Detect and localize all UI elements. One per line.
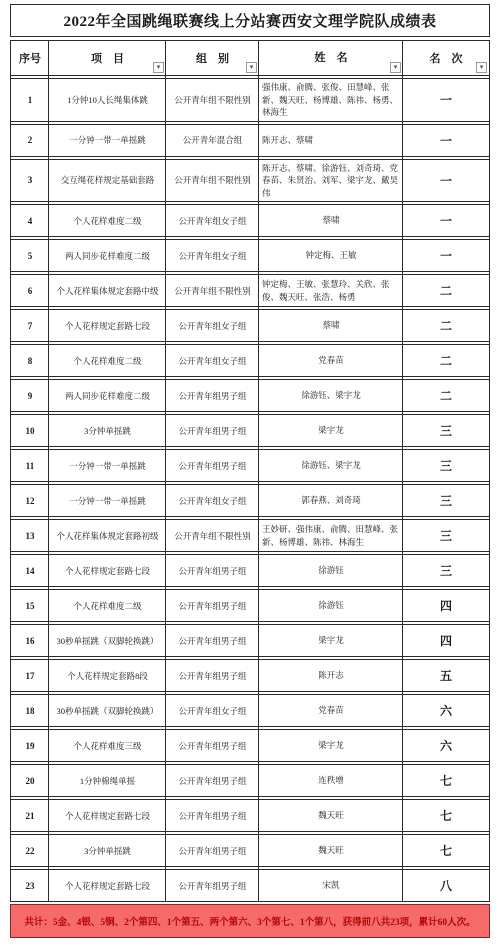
group-name: 公开青年组男子组 xyxy=(166,738,259,754)
column-label: 组 别 xyxy=(196,50,229,66)
rank-value: 二 xyxy=(403,315,489,336)
table-row: 16 30秒单摇跳（双脚轮换跳） 公开青年组男子组 梁宇龙 四 xyxy=(11,624,489,657)
column-label: 序号 xyxy=(19,50,41,66)
filter-dropdown-icon: ▾ xyxy=(394,63,398,72)
group-name: 公开青年组男子组 xyxy=(166,843,259,859)
event-name: 1分钟棉绳单摇 xyxy=(49,773,166,789)
event-name: 一分钟一带一单摇跳 xyxy=(49,458,166,474)
rank-value: 一 xyxy=(403,130,489,151)
rank-value: 三 xyxy=(403,455,489,476)
athlete-names: 钟定梅、王敏、张慧玲、关欣、张俊、魏天旺、张浩、杨勇 xyxy=(259,276,403,305)
athlete-names: 蔡啸 xyxy=(259,317,403,334)
column-divider xyxy=(165,40,166,902)
results-table: 序号 项 目 ▾ 组 别 ▾ 姓 名 ▾ 名 次 ▾ 1 1分钟10人长绳集体跳… xyxy=(10,40,490,902)
filter-dropdown-icon: ▾ xyxy=(250,63,254,72)
event-name: 个人花样规定套路七段 xyxy=(49,808,166,824)
column-divider xyxy=(258,40,259,902)
row-number: 17 xyxy=(11,669,49,683)
row-number: 6 xyxy=(11,284,49,298)
rank-value: 一 xyxy=(403,210,489,231)
group-name: 公开青年组男子组 xyxy=(166,878,259,894)
row-number: 2 xyxy=(11,133,49,147)
row-number: 10 xyxy=(11,424,49,438)
event-name: 个人花样集体规定套路中级 xyxy=(49,283,166,299)
rank-value: 八 xyxy=(403,875,489,896)
header-cell: 名 次 ▾ xyxy=(403,41,489,75)
rank-value: 三 xyxy=(403,525,489,546)
row-number: 20 xyxy=(11,774,49,788)
group-name: 公开青年组女子组 xyxy=(166,248,259,264)
row-number: 14 xyxy=(11,564,49,578)
event-name: 个人花样集体规定套路初级 xyxy=(49,528,166,544)
rank-value: 四 xyxy=(403,595,489,616)
table-row: 19 个人花样难度三级 公开青年组男子组 梁宇龙 六 xyxy=(11,729,489,762)
group-name: 公开青年组女子组 xyxy=(166,213,259,229)
table-row: 8 个人花样难度二级 公开青年组女子组 党春苗 二 xyxy=(11,344,489,377)
group-name: 公开青年组男子组 xyxy=(166,598,259,614)
group-name: 公开青年组不限性别 xyxy=(166,283,259,299)
group-name: 公开青年组女子组 xyxy=(166,703,259,719)
athlete-names: 连秩增 xyxy=(259,772,403,789)
summary-banner: 共计：5金、4银、5铜、2个第四、1个第五、两个第六、3个第七、1个第八，获得前… xyxy=(10,904,490,938)
group-name: 公开青年组不限性别 xyxy=(166,92,259,108)
filter-button[interactable]: ▾ xyxy=(390,62,401,73)
filter-button[interactable]: ▾ xyxy=(153,62,164,73)
summary-text: 共计：5金、4银、5铜、2个第四、1个第五、两个第六、3个第七、1个第八，获得前… xyxy=(24,914,475,928)
row-number: 7 xyxy=(11,319,49,333)
group-name: 公开青年组男子组 xyxy=(166,563,259,579)
event-name: 个人花样规定套路8段 xyxy=(49,668,166,684)
row-number: 8 xyxy=(11,354,49,368)
row-number: 13 xyxy=(11,529,49,543)
athlete-names: 魏天旺 xyxy=(259,842,403,859)
column-divider xyxy=(402,40,403,902)
rank-value: 五 xyxy=(403,665,489,686)
athlete-names: 强伟康、俞腾、张俊、田慧峰、张新、魏天旺、杨博雄、陈祎、杨勇、林海生 xyxy=(259,79,403,121)
table-row: 2 一分钟一带一单摇跳 公开青年混合组 陈开志、蔡啸 一 xyxy=(11,124,489,157)
event-name: 3分钟单摇跳 xyxy=(49,843,166,859)
athlete-names: 徐游钰 xyxy=(259,562,403,579)
group-name: 公开青年组女子组 xyxy=(166,493,259,509)
event-name: 个人花样规定套路七段 xyxy=(49,878,166,894)
rank-value: 七 xyxy=(403,770,489,791)
group-name: 公开青年组男子组 xyxy=(166,773,259,789)
event-name: 个人花样难度二级 xyxy=(49,598,166,614)
row-number: 22 xyxy=(11,844,49,858)
athlete-names: 徐游钰、梁宇龙 xyxy=(259,457,403,474)
athlete-names: 钟定梅、王敏 xyxy=(259,247,403,264)
event-name: 两人同步花样难度二级 xyxy=(49,248,166,264)
table-row: 5 两人同步花样难度二级 公开青年组女子组 钟定梅、王敏 一 xyxy=(11,239,489,272)
group-name: 公开青年组男子组 xyxy=(166,458,259,474)
event-name: 1分钟10人长绳集体跳 xyxy=(49,92,166,108)
filter-button[interactable]: ▾ xyxy=(246,62,257,73)
page-title: 2022年全国跳绳联赛线上分站赛西安文理学院队成绩表 xyxy=(10,4,490,37)
table-row: 9 两人同步花样难度二级 公开青年组男子组 徐游钰、梁宇龙 二 xyxy=(11,379,489,412)
rank-value: 六 xyxy=(403,735,489,756)
rank-value: 一 xyxy=(403,245,489,266)
row-number: 15 xyxy=(11,599,49,613)
table-row: 3 交互绳花样规定基础套路 公开青年组不限性别 陈开志、蔡啸、徐游钰、刘奇琦、党… xyxy=(11,159,489,203)
athlete-names: 王妙研、强伟康、俞腾、田慧峰、张新、杨博雄、陈祎、林海生 xyxy=(259,521,403,550)
group-name: 公开青年组不限性别 xyxy=(166,528,259,544)
table-row: 4 个人花样难度二级 公开青年组女子组 蔡啸 一 xyxy=(11,204,489,237)
table-row: 15 个人花样难度二级 公开青年组男子组 徐游钰 四 xyxy=(11,589,489,622)
group-name: 公开青年混合组 xyxy=(166,132,259,148)
event-name: 交互绳花样规定基础套路 xyxy=(49,172,166,188)
rank-value: 二 xyxy=(403,350,489,371)
row-number: 21 xyxy=(11,809,49,823)
table-row: 1 1分钟10人长绳集体跳 公开青年组不限性别 强伟康、俞腾、张俊、田慧峰、张新… xyxy=(11,78,489,122)
table-row: 7 个人花样规定套路七段 公开青年组女子组 蔡啸 二 xyxy=(11,309,489,342)
athlete-names: 徐游钰、梁宇龙 xyxy=(259,387,403,404)
athlete-names: 蔡啸 xyxy=(259,212,403,229)
header-cell: 项 目 ▾ xyxy=(49,41,166,75)
row-number: 3 xyxy=(11,173,49,187)
group-name: 公开青年组不限性别 xyxy=(166,172,259,188)
athlete-names: 党春苗 xyxy=(259,352,403,369)
rank-value: 一 xyxy=(403,170,489,191)
table-row: 21 个人花样规定套路七段 公开青年组男子组 魏天旺 七 xyxy=(11,799,489,832)
rank-value: 二 xyxy=(403,280,489,301)
event-name: 一分钟一带一单摇跳 xyxy=(49,132,166,148)
rank-value: 三 xyxy=(403,490,489,511)
event-name: 一分钟一带一单摇跳 xyxy=(49,493,166,509)
event-name: 30秒单摇跳（双脚轮换跳） xyxy=(49,703,166,719)
row-number: 18 xyxy=(11,704,49,718)
row-number: 5 xyxy=(11,249,49,263)
header-cell: 组 别 ▾ xyxy=(166,41,259,75)
group-name: 公开青年组男子组 xyxy=(166,668,259,684)
table-row: 20 1分钟棉绳单摇 公开青年组男子组 连秩增 七 xyxy=(11,764,489,797)
athlete-names: 魏天旺 xyxy=(259,807,403,824)
athlete-names: 宋凯 xyxy=(259,877,403,894)
filter-button[interactable]: ▾ xyxy=(476,62,487,73)
athlete-names: 党春苗 xyxy=(259,702,403,719)
athlete-names: 梁宇龙 xyxy=(259,632,403,649)
rank-value: 七 xyxy=(403,840,489,861)
group-name: 公开青年组女子组 xyxy=(166,353,259,369)
header-cell: 序号 xyxy=(11,41,49,75)
group-name: 公开青年组女子组 xyxy=(166,318,259,334)
row-number: 23 xyxy=(11,879,49,893)
rank-value: 二 xyxy=(403,385,489,406)
athlete-names: 陈开志、蔡啸 xyxy=(259,132,403,149)
header-cell: 姓 名 ▾ xyxy=(259,41,403,75)
event-name: 个人花样难度三级 xyxy=(49,738,166,754)
group-name: 公开青年组男子组 xyxy=(166,388,259,404)
athlete-names: 郭春燕、刘奇琦 xyxy=(259,492,403,509)
column-label: 姓 名 xyxy=(315,52,348,65)
table-row: 6 个人花样集体规定套路中级 公开青年组不限性别 钟定梅、王敏、张慧玲、关欣、张… xyxy=(11,274,489,307)
row-number: 9 xyxy=(11,389,49,403)
row-number: 12 xyxy=(11,494,49,508)
filter-dropdown-icon: ▾ xyxy=(480,63,484,72)
table-header-row: 序号 项 目 ▾ 组 别 ▾ 姓 名 ▾ 名 次 ▾ xyxy=(11,40,489,76)
rank-value: 一 xyxy=(403,89,489,110)
athlete-names: 梁宇龙 xyxy=(259,737,403,754)
table-row: 17 个人花样规定套路8段 公开青年组男子组 陈开志 五 xyxy=(11,659,489,692)
row-number: 16 xyxy=(11,634,49,648)
row-number: 4 xyxy=(11,214,49,228)
rank-value: 三 xyxy=(403,560,489,581)
table-row: 12 一分钟一带一单摇跳 公开青年组女子组 郭春燕、刘奇琦 三 xyxy=(11,484,489,517)
rank-value: 四 xyxy=(403,630,489,651)
table-row: 11 一分钟一带一单摇跳 公开青年组男子组 徐游钰、梁宇龙 三 xyxy=(11,449,489,482)
athlete-names: 陈开志 xyxy=(259,667,403,684)
event-name: 个人花样规定套路七段 xyxy=(49,563,166,579)
table-row: 23 个人花样规定套路七段 公开青年组男子组 宋凯 八 xyxy=(11,869,489,902)
table-row: 22 3分钟单摇跳 公开青年组男子组 魏天旺 七 xyxy=(11,834,489,867)
table-row: 14 个人花样规定套路七段 公开青年组男子组 徐游钰 三 xyxy=(11,554,489,587)
row-number: 19 xyxy=(11,739,49,753)
athlete-names: 陈开志、蔡啸、徐游钰、刘奇琦、党春苗、朱贤治、刘军、梁宇龙、戴昊伟 xyxy=(259,160,403,202)
event-name: 30秒单摇跳（双脚轮换跳） xyxy=(49,633,166,649)
group-name: 公开青年组男子组 xyxy=(166,633,259,649)
filter-dropdown-icon: ▾ xyxy=(157,63,161,72)
results-sheet: 2022年全国跳绳联赛线上分站赛西安文理学院队成绩表 序号 项 目 ▾ 组 别 … xyxy=(0,0,500,950)
table-row: 10 3分钟单摇跳 公开青年组男子组 梁宇龙 三 xyxy=(11,414,489,447)
event-name: 个人花样难度二级 xyxy=(49,353,166,369)
column-label: 名 次 xyxy=(430,50,463,66)
event-name: 两人同步花样难度二级 xyxy=(49,388,166,404)
event-name: 3分钟单摇跳 xyxy=(49,423,166,439)
rank-value: 三 xyxy=(403,420,489,441)
athlete-names: 徐游钰 xyxy=(259,597,403,614)
row-number: 11 xyxy=(11,459,49,473)
row-number: 1 xyxy=(11,93,49,107)
athlete-names: 梁宇龙 xyxy=(259,422,403,439)
table-row: 18 30秒单摇跳（双脚轮换跳） 公开青年组女子组 党春苗 六 xyxy=(11,694,489,727)
group-name: 公开青年组男子组 xyxy=(166,808,259,824)
event-name: 个人花样规定套路七段 xyxy=(49,318,166,334)
event-name: 个人花样难度二级 xyxy=(49,213,166,229)
rank-value: 七 xyxy=(403,805,489,826)
column-divider xyxy=(48,40,49,902)
column-label: 项 目 xyxy=(91,50,124,66)
group-name: 公开青年组男子组 xyxy=(166,423,259,439)
table-row: 13 个人花样集体规定套路初级 公开青年组不限性别 王妙研、强伟康、俞腾、田慧峰… xyxy=(11,519,489,552)
rank-value: 六 xyxy=(403,700,489,721)
